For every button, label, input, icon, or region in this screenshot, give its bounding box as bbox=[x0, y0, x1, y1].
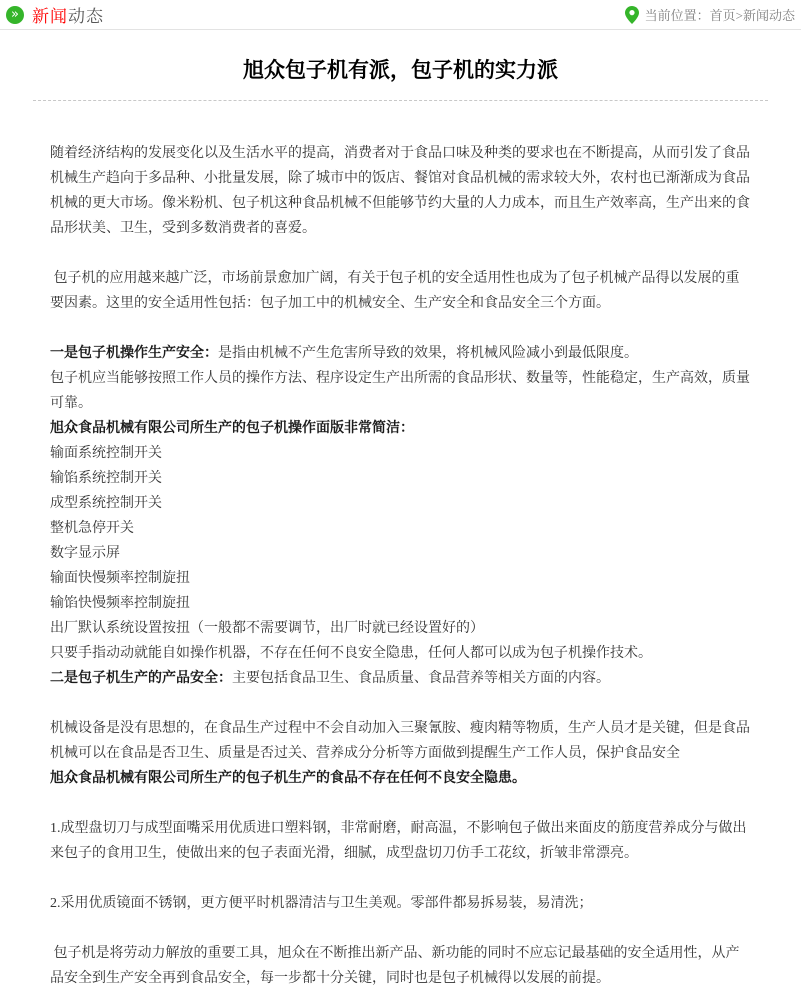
paragraph-text: 机械设备是没有思想的，在食品生产过程中不会自动加入三聚氰胺、瘦肉精等物质，生产人… bbox=[50, 721, 750, 761]
paragraph-bold-lead: 一是包子机操作生产安全： bbox=[50, 346, 218, 361]
paragraph: 二是包子机生产的产品安全：主要包括食品卫生、食品质量、食品营养等相关方面的内容。 bbox=[50, 666, 751, 691]
paragraph: 2.采用优质镜面不锈钢，更方便平时机器清洁与卫生美观。零部件都易拆易装，易清洗； bbox=[50, 891, 751, 916]
arrow-circle-icon: » bbox=[6, 6, 24, 24]
paragraph-bold-lead: 二是包子机生产的产品安全： bbox=[50, 671, 232, 686]
location-pin-icon bbox=[625, 6, 639, 24]
paragraph-text: 主要包括食品卫生、食品质量、食品营养等相关方面的内容。 bbox=[232, 671, 610, 686]
list-item: 整机急停开关 bbox=[50, 516, 751, 541]
list-item: 成型系统控制开关 bbox=[50, 491, 751, 516]
paragraph: 旭众食品机械有限公司所生产的包子机生产的食品不存在任何不良安全隐患。 bbox=[50, 766, 751, 791]
paragraph-text: 包子机应当能够按照工作人员的操作方法、程序设定生产出所需的食品形状、数量等，性能… bbox=[50, 371, 750, 411]
breadcrumb-area: 当前位置：首页>新闻动态 bbox=[625, 5, 795, 24]
page-header: » 新闻动态 当前位置：首页>新闻动态 bbox=[0, 0, 801, 30]
paragraph-text: 输面系统控制开关 bbox=[50, 446, 162, 461]
paragraph: 随着经济结构的发展变化以及生活水平的提高，消费者对于食品口味及种类的要求也在不断… bbox=[50, 141, 751, 241]
section-title-highlight: 新闻 bbox=[32, 7, 68, 26]
paragraph-text: 包子机的应用越来越广泛，市场前景愈加广阔，有关于包子机的安全适用性也成为了包子机… bbox=[50, 271, 740, 311]
paragraph: 包子机是将劳动力解放的重要工具，旭众在不断推出新产品、新功能的同时不应忘记最基础… bbox=[50, 941, 751, 991]
paragraph-text: 只要手指动动就能自如操作机器，不存在任何不良安全隐患，任何人都可以成为包子机操作… bbox=[50, 646, 652, 661]
paragraph-text: 是指由机械不产生危害所导致的效果，将机械风险减小到最低限度。 bbox=[218, 346, 638, 361]
paragraph-text: 输馅系统控制开关 bbox=[50, 471, 162, 486]
list-item: 出厂默认系统设置按扭（一般都不需要调节，出厂时就已经设置好的） bbox=[50, 616, 751, 641]
paragraph-text: 包子机是将劳动力解放的重要工具，旭众在不断推出新产品、新功能的同时不应忘记最基础… bbox=[50, 946, 740, 986]
paragraph-text: 2.采用优质镜面不锈钢，更方便平时机器清洁与卫生美观。零部件都易拆易装，易清洗； bbox=[50, 896, 593, 911]
list-item: 输面系统控制开关 bbox=[50, 441, 751, 466]
paragraph-text: 数字显示屏 bbox=[50, 546, 120, 561]
paragraph-text: 成型系统控制开关 bbox=[50, 496, 162, 511]
paragraph: 包子机的应用越来越广泛，市场前景愈加广阔，有关于包子机的安全适用性也成为了包子机… bbox=[50, 266, 751, 316]
paragraph-text: 出厂默认系统设置按扭（一般都不需要调节，出厂时就已经设置好的） bbox=[50, 621, 484, 636]
article-title: 旭众包子机有派，包子机的实力派 bbox=[33, 54, 768, 101]
paragraph: 旭众食品机械有限公司所生产的包子机操作面版非常简洁： bbox=[50, 416, 751, 441]
list-item: 输面快慢频率控制旋扭 bbox=[50, 566, 751, 591]
paragraph-text: 1.成型盘切刀与成型面嘴采用优质进口塑料钢，非常耐磨，耐高温，不影响包子做出来面… bbox=[50, 821, 747, 861]
paragraph-bold-lead: 旭众食品机械有限公司所生产的包子机操作面版非常简洁： bbox=[50, 421, 414, 436]
paragraph-text: 随着经济结构的发展变化以及生活水平的提高，消费者对于食品口味及种类的要求也在不断… bbox=[50, 146, 750, 236]
paragraph: 只要手指动动就能自如操作机器，不存在任何不良安全隐患，任何人都可以成为包子机操作… bbox=[50, 641, 751, 666]
breadcrumb[interactable]: 当前位置：首页>新闻动态 bbox=[645, 5, 795, 24]
section-title: 新闻动态 bbox=[32, 2, 104, 27]
list-item: 输馅系统控制开关 bbox=[50, 466, 751, 491]
list-item: 输馅快慢频率控制旋扭 bbox=[50, 591, 751, 616]
paragraph: 包子机应当能够按照工作人员的操作方法、程序设定生产出所需的食品形状、数量等，性能… bbox=[50, 366, 751, 416]
paragraph-text: 输馅快慢频率控制旋扭 bbox=[50, 596, 190, 611]
paragraph-text: 输面快慢频率控制旋扭 bbox=[50, 571, 190, 586]
paragraph-bold-lead: 旭众食品机械有限公司所生产的包子机生产的食品不存在任何不良安全隐患。 bbox=[50, 771, 526, 786]
list-item: 数字显示屏 bbox=[50, 541, 751, 566]
paragraph: 1.成型盘切刀与成型面嘴采用优质进口塑料钢，非常耐磨，耐高温，不影响包子做出来面… bbox=[50, 816, 751, 866]
section-title-rest: 动态 bbox=[68, 7, 104, 26]
section-heading: » 新闻动态 bbox=[4, 2, 104, 27]
paragraph: 一是包子机操作生产安全：是指由机械不产生危害所导致的效果，将机械风险减小到最低限… bbox=[50, 341, 751, 366]
article-body: 随着经济结构的发展变化以及生活水平的提高，消费者对于食品口味及种类的要求也在不断… bbox=[33, 101, 768, 991]
paragraph-text: 整机急停开关 bbox=[50, 521, 134, 536]
article-container: 旭众包子机有派，包子机的实力派 随着经济结构的发展变化以及生活水平的提高，消费者… bbox=[33, 54, 768, 991]
paragraph: 机械设备是没有思想的，在食品生产过程中不会自动加入三聚氰胺、瘦肉精等物质，生产人… bbox=[50, 716, 751, 766]
